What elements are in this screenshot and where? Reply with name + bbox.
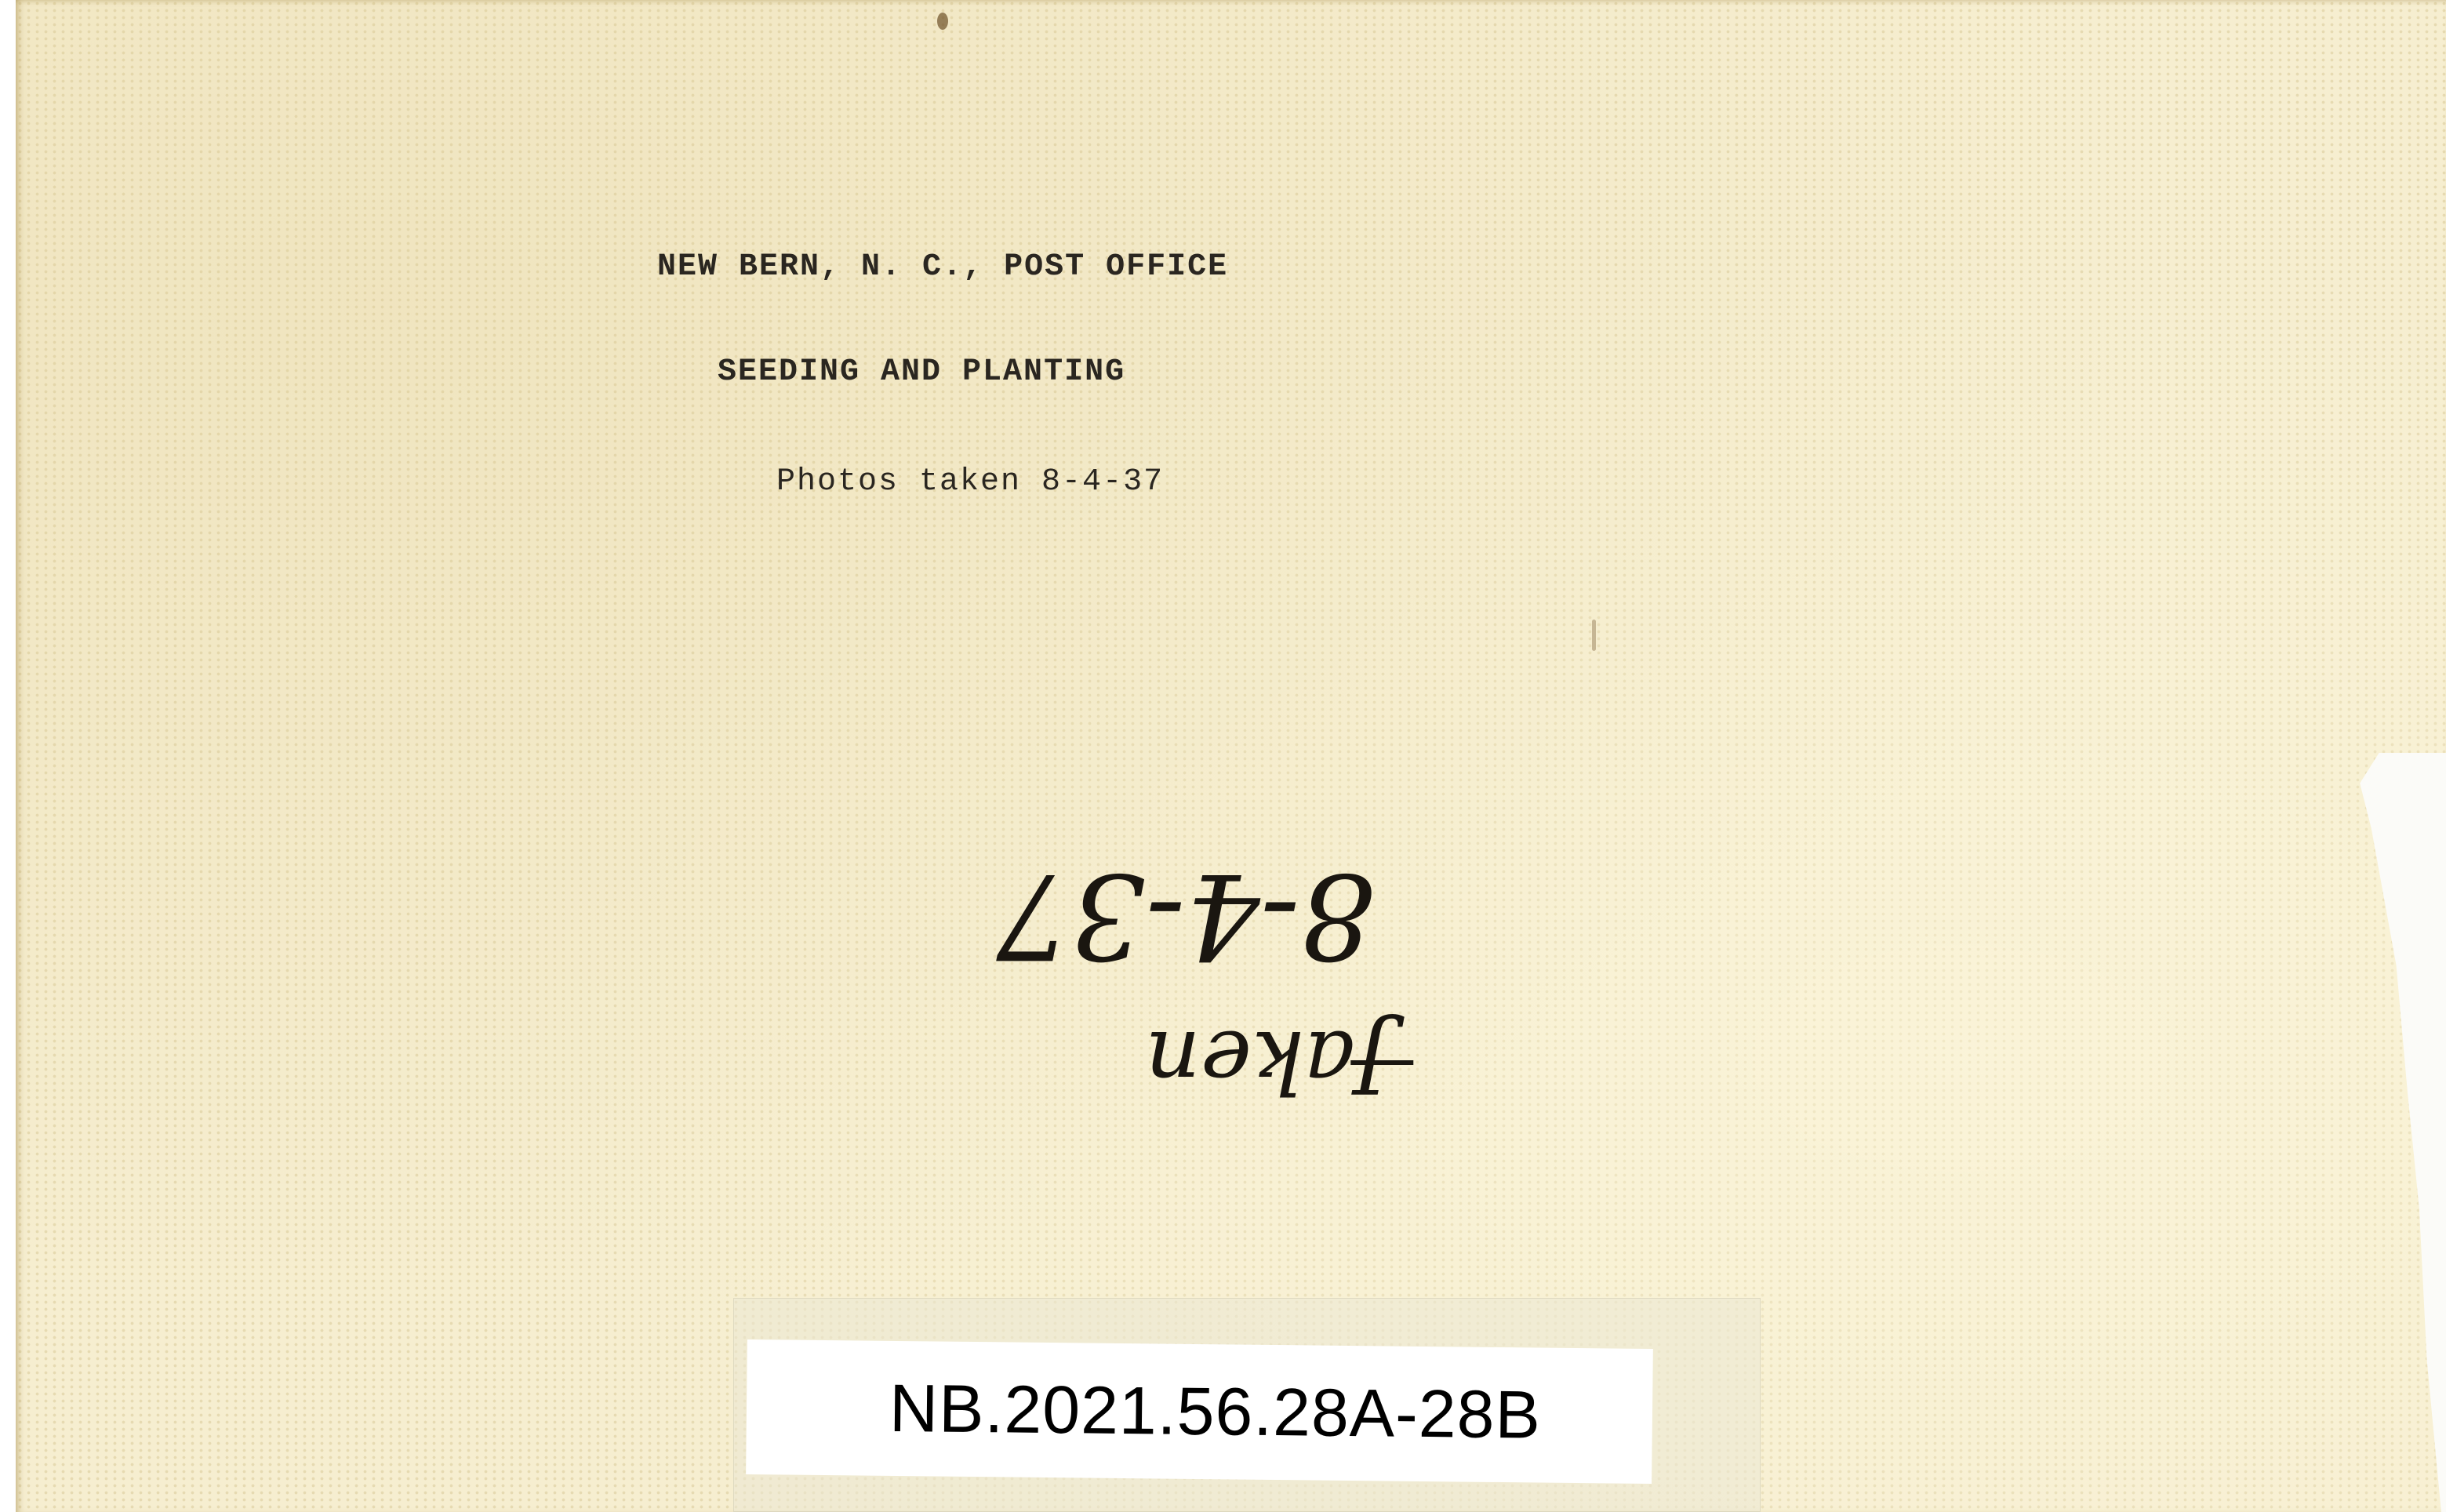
torn-edge bbox=[2350, 753, 2446, 1512]
stain-mark bbox=[1592, 620, 1596, 651]
accession-number: NB.2021.56.28A-28B bbox=[889, 1369, 1542, 1454]
typed-title: NEW BERN, N. C., POST OFFICE bbox=[657, 249, 1228, 285]
stain-mark bbox=[937, 13, 948, 30]
typed-photo-date: Photos taken 8-4-37 bbox=[776, 464, 1164, 500]
accession-label: NB.2021.56.28A-28B bbox=[746, 1339, 1653, 1484]
handwritten-note: Jaken bbox=[1145, 1012, 1390, 1112]
photo-sleeve-back: NEW BERN, N. C., POST OFFICE SEEDING AND… bbox=[16, 0, 2446, 1512]
typed-subtitle: SEEDING AND PLANTING bbox=[718, 354, 1125, 390]
handwritten-date: 8-4-37 bbox=[996, 847, 1375, 983]
